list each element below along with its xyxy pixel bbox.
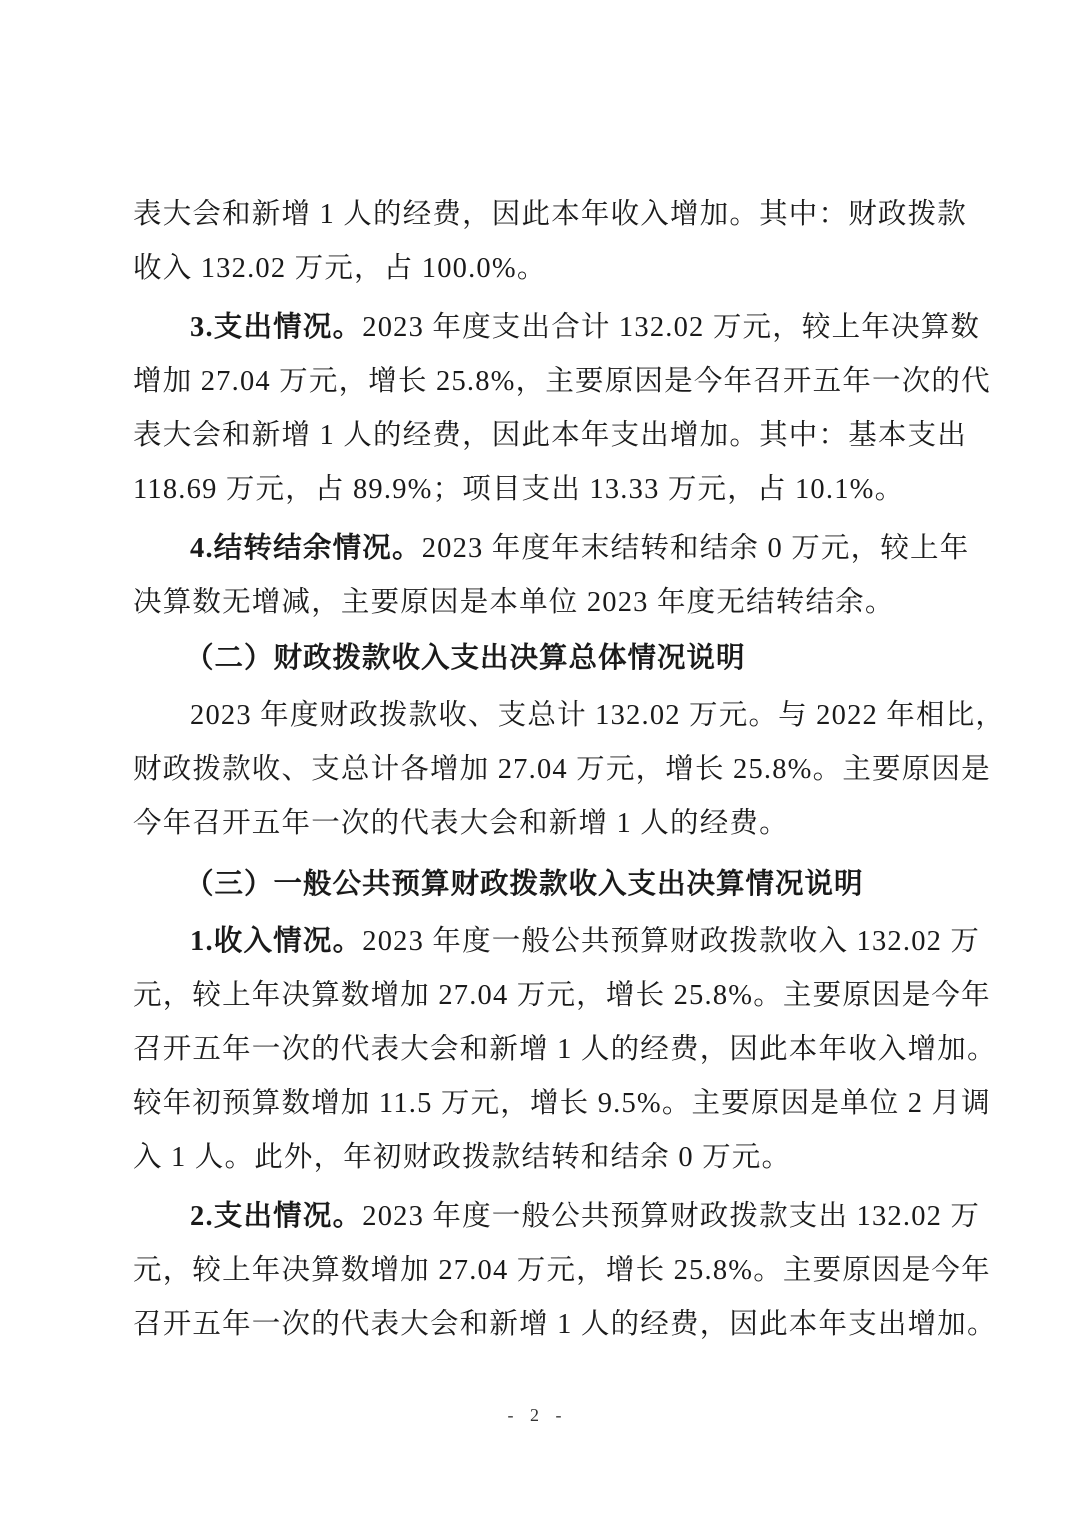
text-span: 2023 年度年末结转和结余 0 万元，较上年	[422, 533, 970, 564]
text-line: 元，较上年决算数增加 27.04 万元，增长 25.8%。主要原因是今年	[133, 1244, 943, 1298]
text-line: 3.支出情况。2023 年度支出合计 132.02 万元，较上年决算数	[133, 301, 943, 355]
text-line: 增加 27.04 万元，增长 25.8%，主要原因是今年召开五年一次的代	[133, 355, 943, 409]
paragraph-gpb-expense: 2.支出情况。2023 年度一般公共预算财政拨款支出 132.02 万 元，较上…	[133, 1190, 943, 1352]
document-body: 表大会和新增 1 人的经费，因此本年收入增加。其中：财政拨款 收入 132.02…	[133, 188, 943, 1352]
text-span: 2023 年度一般公共预算财政拨款收入 132.02 万	[362, 926, 980, 957]
text-span: 2023 年度支出合计 132.02 万元，较上年决算数	[362, 312, 980, 343]
text-line: 4.结转结余情况。2023 年度年末结转和结余 0 万元，较上年	[133, 522, 943, 576]
section-heading-general-budget: （三）一般公共预算财政拨款收入支出决算情况说明	[133, 856, 943, 910]
text-span: 2023 年度一般公共预算财政拨款支出 132.02 万	[362, 1201, 980, 1232]
paragraph-income-continuation: 表大会和新增 1 人的经费，因此本年收入增加。其中：财政拨款 收入 132.02…	[133, 188, 943, 296]
paragraph-lead: 1.收入情况。	[190, 926, 362, 957]
text-line: 收入 132.02 万元，占 100.0%。	[133, 242, 943, 296]
text-line: 召开五年一次的代表大会和新增 1 人的经费，因此本年支出增加。	[133, 1298, 943, 1352]
text-line: 1.收入情况。2023 年度一般公共预算财政拨款收入 132.02 万	[133, 915, 943, 969]
text-line: 今年召开五年一次的代表大会和新增 1 人的经费。	[133, 797, 943, 851]
paragraph-lead: 3.支出情况。	[190, 312, 362, 343]
text-line: 表大会和新增 1 人的经费，因此本年支出增加。其中：基本支出	[133, 409, 943, 463]
text-line: 2023 年度财政拨款收、支总计 132.02 万元。与 2022 年相比，	[133, 689, 943, 743]
paragraph-lead: 2.支出情况。	[190, 1201, 362, 1232]
paragraph-expense: 3.支出情况。2023 年度支出合计 132.02 万元，较上年决算数 增加 2…	[133, 301, 943, 517]
text-line: 较年初预算数增加 11.5 万元，增长 9.5%。主要原因是单位 2 月调	[133, 1077, 943, 1131]
paragraph-gpb-income: 1.收入情况。2023 年度一般公共预算财政拨款收入 132.02 万 元，较上…	[133, 915, 943, 1185]
text-line: 表大会和新增 1 人的经费，因此本年收入增加。其中：财政拨款	[133, 188, 943, 242]
text-line: 召开五年一次的代表大会和新增 1 人的经费，因此本年收入增加。	[133, 1023, 943, 1077]
paragraph-fiscal-total: 2023 年度财政拨款收、支总计 132.02 万元。与 2022 年相比， 财…	[133, 689, 943, 851]
text-line: 元，较上年决算数增加 27.04 万元，增长 25.8%。主要原因是今年	[133, 969, 943, 1023]
document-page: 表大会和新增 1 人的经费，因此本年收入增加。其中：财政拨款 收入 132.02…	[0, 0, 1075, 1520]
text-line: 入 1 人。此外，年初财政拨款结转和结余 0 万元。	[133, 1131, 943, 1185]
text-line: 118.69 万元，占 89.9%；项目支出 13.33 万元，占 10.1%。	[133, 463, 943, 517]
page-number: - 2 -	[0, 1405, 1075, 1426]
section-heading-fiscal-overview: （二）财政拨款收入支出决算总体情况说明	[133, 630, 943, 684]
paragraph-lead: 4.结转结余情况。	[190, 533, 422, 564]
paragraph-balance: 4.结转结余情况。2023 年度年末结转和结余 0 万元，较上年 决算数无增减，…	[133, 522, 943, 630]
text-line: 财政拨款收、支总计各增加 27.04 万元，增长 25.8%。主要原因是	[133, 743, 943, 797]
text-line: 决算数无增减，主要原因是本单位 2023 年度无结转结余。	[133, 576, 943, 630]
text-line: 2.支出情况。2023 年度一般公共预算财政拨款支出 132.02 万	[133, 1190, 943, 1244]
